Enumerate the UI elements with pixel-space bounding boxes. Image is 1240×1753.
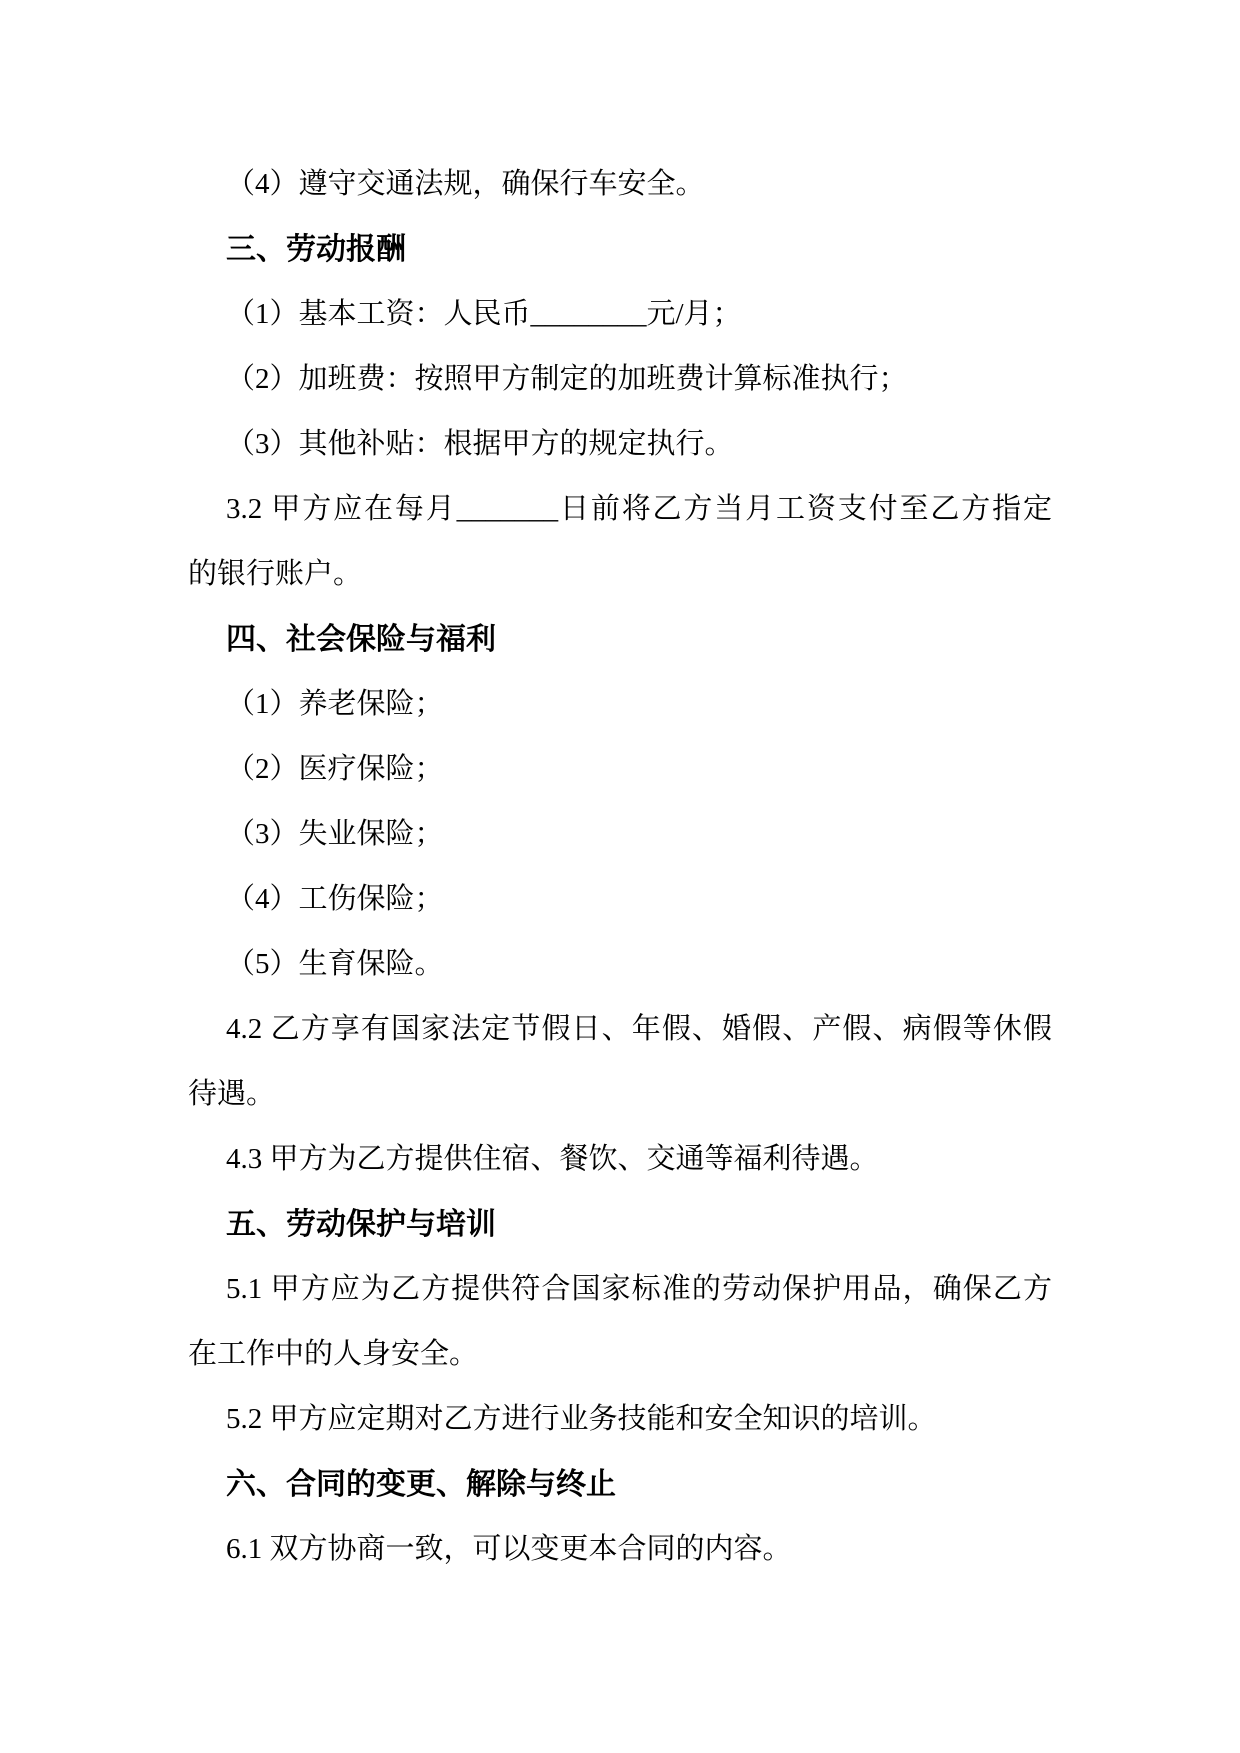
contract-text: （4）遵守交通法规，确保行车安全。三、劳动报酬（1）基本工资：人民币______… (188, 152, 1052, 1582)
paragraph-line: 的银行账户。 (188, 542, 1052, 607)
contract-page: （4）遵守交通法规，确保行车安全。三、劳动报酬（1）基本工资：人民币______… (0, 0, 1240, 1753)
paragraph-line: 5.2 甲方应定期对乙方进行业务技能和安全知识的培训。 (188, 1387, 1052, 1452)
paragraph-line: 5.1 甲方应为乙方提供符合国家标准的劳动保护用品，确保乙方 (188, 1257, 1052, 1322)
paragraph-line: 4.3 甲方为乙方提供住宿、餐饮、交通等福利待遇。 (188, 1127, 1052, 1192)
paragraph-line: （4）工伤保险； (188, 867, 1052, 932)
paragraph-line: （1）基本工资：人民币________元/月； (188, 282, 1052, 347)
paragraph-line: 在工作中的人身安全。 (188, 1322, 1052, 1387)
paragraph-line: （5）生育保险。 (188, 932, 1052, 997)
paragraph-line: （3）失业保险； (188, 802, 1052, 867)
paragraph-line: 待遇。 (188, 1062, 1052, 1127)
paragraph-line: （2）加班费：按照甲方制定的加班费计算标准执行； (188, 347, 1052, 412)
paragraph-line: （4）遵守交通法规，确保行车安全。 (188, 152, 1052, 217)
section-heading: 三、劳动报酬 (188, 217, 1052, 282)
paragraph-line: 4.2 乙方享有国家法定节假日、年假、婚假、产假、病假等休假 (188, 997, 1052, 1062)
paragraph-line: （2）医疗保险； (188, 737, 1052, 802)
paragraph-line: 3.2 甲方应在每月_______日前将乙方当月工资支付至乙方指定 (188, 477, 1052, 542)
paragraph-line: （1）养老保险； (188, 672, 1052, 737)
section-heading: 五、劳动保护与培训 (188, 1192, 1052, 1257)
paragraph-line: 6.1 双方协商一致，可以变更本合同的内容。 (188, 1517, 1052, 1582)
paragraph-line: （3）其他补贴：根据甲方的规定执行。 (188, 412, 1052, 477)
section-heading: 六、合同的变更、解除与终止 (188, 1452, 1052, 1517)
section-heading: 四、社会保险与福利 (188, 607, 1052, 672)
